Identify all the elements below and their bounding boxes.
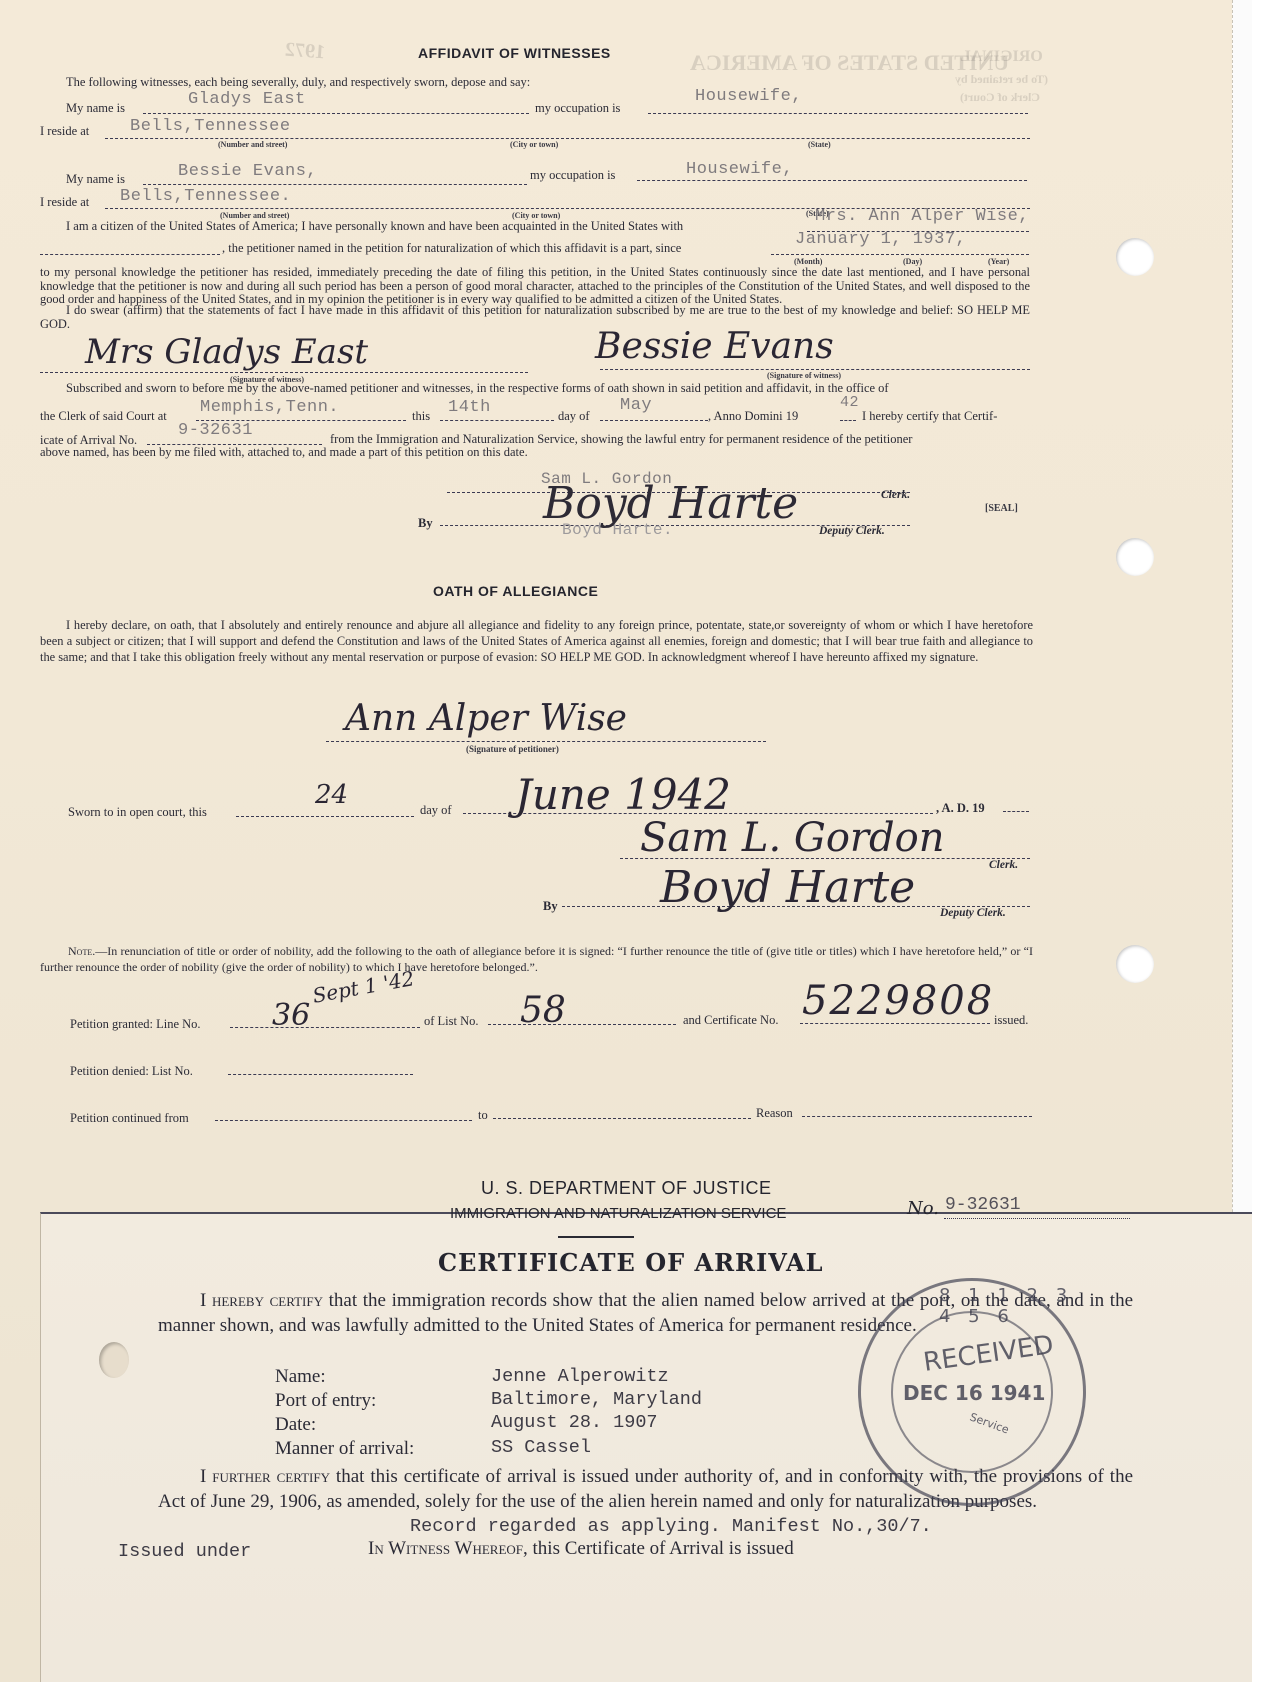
affidavit-intro: The following witnesses, each being seve… [66,75,530,90]
oath-clerk-line [620,858,1030,859]
witness-2-occupation-label: my occupation is [530,168,615,183]
witness-2-signature: Bessie Evans [595,326,834,367]
city-caption: (City or town) [510,140,558,149]
clerk-label: Clerk. [881,489,910,501]
witness-2-residence[interactable]: Bells,Tennessee. [120,187,291,206]
stamp-date: DEC 16 1941 [903,1381,1045,1405]
subscribed-year[interactable]: 42 [840,394,859,411]
witness-2-name-label: My name is [66,172,125,187]
continued-to-line [493,1118,751,1119]
deputy-clerk-label: Deputy Clerk. [819,525,885,537]
bleed-through-corner-1: ORIGINAL [960,48,1043,66]
day-of-label: day of [558,409,590,424]
punch-hole [1116,945,1154,983]
oath-deputy-label: Deputy Clerk. [940,907,1006,919]
witness-1-occupation-label: my occupation is [535,101,620,116]
denied-label: Petition denied: List No. [70,1064,193,1079]
field-name-label: Name: [275,1364,326,1389]
petitioner-signature-line [326,741,766,742]
subscribed-month[interactable]: May [620,396,652,415]
granted-line-no: 36 [272,998,310,1033]
punch-hole [1116,238,1154,276]
number-street-caption: (Number and street) [218,140,287,149]
witness-2-signature-caption: (Signature of witness) [767,371,841,380]
granted-label: Petition granted: Line No. [70,1017,201,1032]
year-line [840,420,856,421]
naturalization-document-page: 1972 UNITED STATES OF AMERICA ORIGINAL (… [0,0,1252,1682]
certify-lead: I hereby certify [200,1290,323,1311]
witness-1-signature: Mrs Gladys East [85,332,368,372]
sworn-month-year: June 1942 [515,770,731,819]
witness-1-name-line [143,113,529,114]
field-date-value[interactable]: August 28. 1907 [491,1412,658,1433]
field-date-label: Date: [275,1412,316,1437]
oath-text: I hereby declare, on oath, that I absolu… [40,617,1033,665]
reason-label: Reason [756,1106,793,1121]
sworn-day-of-label: day of [420,803,452,818]
witness-1-name[interactable]: Gladys East [188,90,306,109]
oath-title: OATH OF ALLEGIANCE [433,583,598,599]
witness-1-occupation-line [648,113,1028,114]
subscribed-day[interactable]: 14th [448,398,491,417]
list-no: 58 [520,990,566,1031]
month-line [600,420,708,421]
ad-label: , A. D. 19 [936,801,985,816]
witness-2-name-line [143,184,527,185]
punch-hole [1116,538,1154,576]
issued-label: issued. [994,1013,1028,1028]
sworn-day-line [236,816,414,817]
note-label: Note. [68,944,95,958]
certificate-service: IMMIGRATION AND NATURALIZATION SERVICE [450,1205,786,1222]
reason-line [802,1116,1032,1117]
witness-2-occupation[interactable]: Housewife, [686,160,793,179]
oath-clerk-label: Clerk. [989,859,1018,871]
certificate-no-label: No. [907,1198,939,1219]
field-port-label: Port of entry: [275,1388,376,1413]
nobility-note: Note.—In renunciation of title or order … [40,943,1033,975]
witness-1-reside-line [105,138,1030,139]
note-text: —In renunciation of title or order of no… [40,944,1033,974]
granted-line-no-line [230,1027,420,1028]
sworn-label: Sworn to in open court, this [68,805,207,820]
petitioner-signature-caption: (Signature of petitioner) [466,744,559,754]
denied-list-line [228,1074,413,1075]
since-date-line [771,254,1029,255]
this-label: this [412,409,430,424]
petitioner-since-text: , the petitioner named in the petition f… [222,241,681,256]
certify-label: I hereby certify that Certif- [862,409,997,424]
to-label: to [478,1108,488,1123]
citizen-statement: I am a citizen of the United States of A… [66,219,683,234]
certificate-title: CERTIFICATE OF ARRIVAL [438,1248,823,1277]
state-caption: (State) [808,140,831,149]
witness-1-name-label: My name is [66,101,125,116]
certificate-no: 5229808 [802,978,994,1024]
sworn-day: 24 [315,780,348,810]
list-label: of List No. [424,1014,479,1029]
list-no-line [488,1024,676,1025]
witness-lead: In Witness Whereof [368,1538,523,1559]
bleed-through-pencil-note: 1972 [284,39,326,65]
certificate-no-line [944,1218,1130,1219]
witness-1-occupation[interactable]: Housewife, [695,87,802,106]
petitioner-signature: Ann Alper Wise [345,698,627,739]
received-stamp: RECEIVED DEC 16 1941 Service 8 1 1 2 3 4… [858,1278,1086,1506]
cert-arrival-no[interactable]: 9-32631 [178,421,253,440]
deputy-signature: Boyd Harte [543,478,798,529]
witness-whereof-line: In Witness Whereof, this Certificate of … [368,1536,794,1561]
swear-paragraph: I do swear (affirm) that the statements … [40,304,1030,331]
field-port-value[interactable]: Baltimore, Maryland [491,1389,702,1410]
bleed-through-corner-2: (To be retained by [955,72,1048,87]
petitioner-name-continued-line [40,254,220,255]
witness-2-signature-line [600,369,1030,370]
witness-1-reside-label: I reside at [40,124,89,139]
court-location[interactable]: Memphis,Tenn. [200,398,339,417]
filed-text: above named, has been by me filed with, … [40,445,528,460]
witness-text: , this Certificate of Arrival is issued [523,1538,794,1559]
field-manner-value[interactable]: SS Cassel [491,1437,591,1458]
witness-2-occupation-line [637,180,1027,181]
further-lead: I further certify [200,1466,330,1487]
subscribed-text: Subscribed and sworn to before me by the… [66,381,889,396]
continued-from-line [215,1120,472,1121]
witness-2-name[interactable]: Bessie Evans, [178,162,317,181]
stamp-ring-digits: 8 1 1 2 3 4 5 6 [939,1285,1083,1327]
record-regarded-typed[interactable]: Record regarded as applying. Manifest No… [410,1516,932,1537]
oath-by-label: By [543,899,558,914]
certificate-label: and Certificate No. [683,1013,778,1028]
knowledge-paragraph: to my personal knowledge the petitioner … [40,266,1030,307]
since-date[interactable]: January 1, 1937, [795,230,966,249]
by-label: By [418,516,433,531]
witness-1-residence[interactable]: Bells,Tennessee [130,117,291,136]
certificate-divider [558,1236,634,1238]
certificate-department: U. S. DEPARTMENT OF JUSTICE [481,1178,772,1199]
certificate-punch-hole [99,1342,129,1378]
bleed-through-corner-3: Clerk of Court) [960,90,1040,105]
affidavit-title: AFFIDAVIT OF WITNESSES [418,45,611,61]
continued-label: Petition continued from [70,1111,189,1126]
field-manner-label: Manner of arrival: [275,1436,414,1461]
oath-deputy-signature: Boyd Harte [660,862,915,913]
witness-2-reside-label: I reside at [40,195,89,210]
witness-1-signature-line [40,372,528,373]
day-line [440,420,554,421]
certificate-number[interactable]: 9-32631 [945,1195,1021,1215]
anno-domini-label: , Anno Domini 19 [708,409,798,424]
seal-label: [SEAL] [985,503,1018,514]
ad-year-line [1003,811,1029,812]
field-name-value[interactable]: Jenne Alperowitz [491,1366,669,1387]
clerk-at-label: the Clerk of said Court at [40,409,167,424]
petitioner-name-typed[interactable]: Mrs. Ann Alper Wise, [815,207,1029,226]
issued-under-typed[interactable]: Issued under [118,1541,251,1562]
oath-clerk-signature: Sam L. Gordon [640,815,945,861]
